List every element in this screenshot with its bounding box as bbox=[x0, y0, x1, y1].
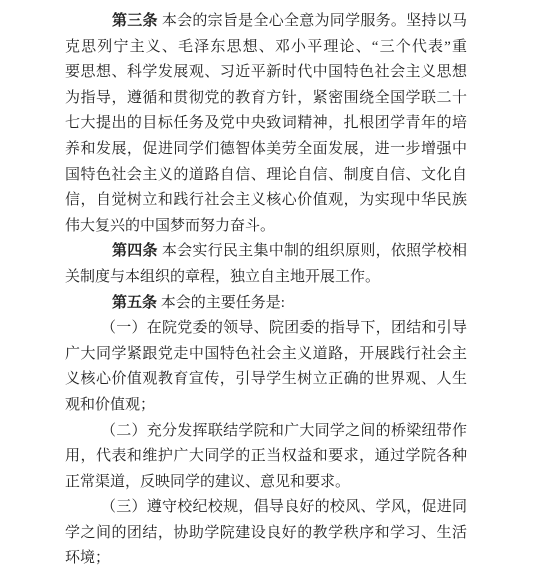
line-text: 用，代表和维护广大同学的正当权益和要求，通过学院各种 bbox=[65, 448, 467, 464]
line-text: （一）在院党委的领导、院团委的指导下，团结和引导 bbox=[101, 320, 467, 336]
text-line: 为指导，遵循和贯彻党的教育方针，紧密围绕全国学联二十 bbox=[65, 86, 467, 112]
line-text: 本会的主要任务是: bbox=[157, 295, 285, 311]
line-text: 养和发展，促进同学们德智体美劳全面发展，进一步增强中 bbox=[65, 141, 467, 157]
article-label: 第三条 bbox=[112, 13, 158, 29]
text-line: 七大提出的目标任务及党中央致词精神，扎根团学青年的培 bbox=[65, 111, 467, 137]
line-text: 国特色社会主义的道路自信、理论自信、制度自信、文化自 bbox=[65, 167, 467, 183]
text-line: （一）在院党委的领导、院团委的指导下，团结和引导 bbox=[65, 316, 467, 342]
line-text: 环境； bbox=[65, 550, 110, 566]
line-text: （三）遵守校纪校规，倡导良好的校风、学风，促进同 bbox=[101, 499, 467, 515]
line-text: 为指导，遵循和贯彻党的教育方针，紧密围绕全国学联二十 bbox=[65, 90, 467, 106]
text-line: （三）遵守校纪校规，倡导良好的校风、学风，促进同 bbox=[65, 495, 467, 521]
text-line: 第三条 本会的宗旨是全心全意为同学服务。坚持以马 bbox=[65, 9, 467, 35]
text-line: 学之间的团结，协助学院建设良好的教学秩序和学习、生活 bbox=[65, 521, 467, 547]
article-label: 第五条 bbox=[112, 295, 157, 311]
article-label: 第四条 bbox=[112, 243, 158, 259]
line-text: 学之间的团结，协助学院建设良好的教学秩序和学习、生活 bbox=[65, 525, 467, 541]
line-text: 观和价值观； bbox=[65, 397, 155, 413]
text-line: 用，代表和维护广大同学的正当权益和要求，通过学院各种 bbox=[65, 444, 467, 470]
line-text: 伟大复兴的中国梦而努力奋斗。 bbox=[65, 218, 275, 234]
text-line: 要思想、科学发展观、习近平新时代中国特色社会主义思想 bbox=[65, 60, 467, 86]
line-text: 关制度与本组织的章程，独立自主地开展工作。 bbox=[65, 269, 380, 285]
text-line: 观和价值观； bbox=[65, 393, 467, 419]
text-line: 义核心价值观教育宣传，引导学生树立正确的世界观、人生 bbox=[65, 367, 467, 393]
line-text: 要思想、科学发展观、习近平新时代中国特色社会主义思想 bbox=[65, 64, 467, 80]
text-line: 养和发展，促进同学们德智体美劳全面发展，进一步增强中 bbox=[65, 137, 467, 163]
line-text: 义核心价值观教育宣传，引导学生树立正确的世界观、人生 bbox=[65, 371, 467, 387]
line-text: 正常渠道，反映同学的建议、意见和要求。 bbox=[65, 474, 350, 490]
line-text: （二）充分发挥联结学院和广大同学之间的桥梁纽带作 bbox=[101, 423, 467, 439]
text-line: 正常渠道，反映同学的建议、意见和要求。 bbox=[65, 470, 467, 496]
text-line: （二）充分发挥联结学院和广大同学之间的桥梁纽带作 bbox=[65, 419, 467, 445]
line-text: 信，自觉树立和践行社会主义核心价值观，为实现中华民族 bbox=[65, 192, 467, 208]
text-line: 伟大复兴的中国梦而努力奋斗。 bbox=[65, 214, 467, 240]
text-line: 环境； bbox=[65, 546, 467, 572]
text-line: 信，自觉树立和践行社会主义核心价值观，为实现中华民族 bbox=[65, 188, 467, 214]
text-line: 关制度与本组织的章程，独立自主地开展工作。 bbox=[65, 265, 467, 291]
text-line: 第四条 本会实行民主集中制的组织原则，依照学校相 bbox=[65, 239, 467, 265]
line-text: 克思列宁主义、毛泽东思想、邓小平理论、“三个代表”重 bbox=[65, 39, 467, 55]
line-text: 七大提出的目标任务及党中央致词精神，扎根团学青年的培 bbox=[65, 115, 467, 131]
line-text: 本会的宗旨是全心全意为同学服务。坚持以马 bbox=[158, 13, 467, 29]
line-text: 广大同学紧跟党走中国特色社会主义道路，开展践行社会主 bbox=[65, 346, 467, 362]
document-page: 第三条 本会的宗旨是全心全意为同学服务。坚持以马克思列宁主义、毛泽东思想、邓小平… bbox=[0, 0, 554, 579]
text-line: 国特色社会主义的道路自信、理论自信、制度自信、文化自 bbox=[65, 163, 467, 189]
line-text: 本会实行民主集中制的组织原则，依照学校相 bbox=[158, 243, 467, 259]
text-line: 广大同学紧跟党走中国特色社会主义道路，开展践行社会主 bbox=[65, 342, 467, 368]
text-line: 第五条 本会的主要任务是: bbox=[65, 291, 467, 317]
text-line: 克思列宁主义、毛泽东思想、邓小平理论、“三个代表”重 bbox=[65, 35, 467, 61]
